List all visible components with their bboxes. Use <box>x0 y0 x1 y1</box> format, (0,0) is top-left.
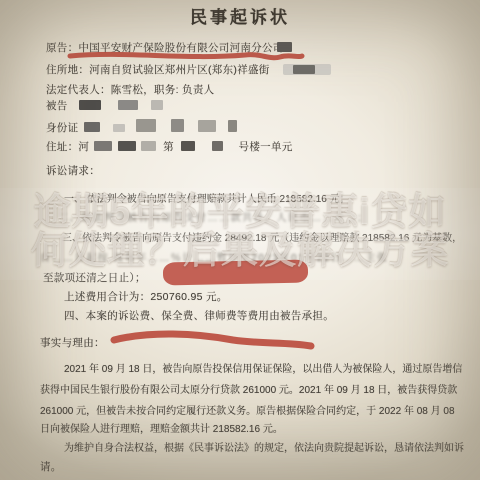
redaction-block <box>181 141 195 151</box>
document-title: 民事起诉状 <box>0 3 480 28</box>
redaction-block <box>84 122 100 132</box>
redaction-block <box>293 65 315 74</box>
closing-line-2: 请。 <box>40 461 62 474</box>
id-line: 身份证 <box>46 119 237 135</box>
redaction-block <box>118 100 138 110</box>
redaction-block <box>212 141 223 151</box>
redaction-block <box>79 100 101 110</box>
red-underline-facts <box>114 334 311 346</box>
facts-line-4: 日向被保险人进行理赔，理赔金额共计 218582.16 元。 <box>40 423 283 436</box>
home-address-line: 住址：河 第 号楼一单元 <box>46 141 293 154</box>
claims-heading: 诉讼请求： <box>46 165 100 178</box>
plaintiff-line: 原告：中国平安财产保险股份有限公司河南分公司 <box>46 42 292 55</box>
redaction-block <box>136 119 156 132</box>
redaction-block <box>198 120 216 132</box>
redaction-block <box>151 100 163 110</box>
legal-rep-line: 法定代表人：陈雪松，职务: 负责人 <box>46 84 214 97</box>
redaction-block <box>228 120 237 132</box>
plaintiff-text: 原告：中国平安财产保险股份有限公司河南分公司 <box>46 42 284 54</box>
legal-rep-text: 法定代表人：陈雪松，职务: 负责人 <box>46 84 214 96</box>
redaction-block <box>113 124 125 132</box>
redaction-block <box>283 64 331 75</box>
red-marker-blob <box>163 259 308 285</box>
home-address-suffix: 号楼一单元 <box>239 141 293 153</box>
redaction-block <box>118 141 136 151</box>
claim-item-2-blurred: 二、依法判令被告向原告支付……款共计，人民币……元…； <box>58 212 369 225</box>
address-line: 住所地：河南自贸试验区郑州片区(郑东)祥盛街 <box>46 64 331 77</box>
defendant-label: 被告 <box>46 100 68 112</box>
home-address-mid: 第 <box>163 141 174 153</box>
redaction-block <box>94 141 112 151</box>
facts-heading: 事实与理由： <box>40 337 105 350</box>
facts-line-2: 获得中国民生银行股份有限公司太原分行贷款 261000 元。2021 年 09 … <box>40 384 457 397</box>
id-label: 身份证 <box>46 122 78 134</box>
facts-line-1: 2021 年 09 月 18 日，被告向原告投保信用保证保险，以出借人为被保险人… <box>64 363 462 376</box>
closing-line-1: 为维护自身合法权益，根据《民事诉讼法》的规定，依法向贵院提起诉讼，恳请依法判如诉 <box>64 442 464 455</box>
claims-total: 上述费用合计为：250760.95 元。 <box>64 291 228 304</box>
claim-item-3: 三、依法判令被告向原告支付违约金 28492.18 元（违约金以理赔款 2185… <box>62 232 462 245</box>
facts-line-3: 261000 元，但被告未按合同约定履行还款义务。原告根据保险合同约定，于 20… <box>40 405 455 418</box>
claim-item-4: 四、本案的诉讼费、保全费、律师费等费用由被告承担。 <box>64 310 334 323</box>
redaction-block <box>171 119 184 132</box>
address-text: 住所地：河南自贸试验区郑州片区(郑东)祥盛街 <box>46 64 270 76</box>
redaction-block <box>141 141 156 151</box>
claim-item-3-end: 至款项还清之日止）； <box>43 272 146 285</box>
home-address-prefix: 住址：河 <box>46 141 89 153</box>
claim-item-1: 一、 依法判令被告向原告支付理赔款共计人民币 218582.16 元； <box>64 193 350 206</box>
redaction-block <box>277 42 292 52</box>
defendant-line: 被告 <box>46 100 163 113</box>
